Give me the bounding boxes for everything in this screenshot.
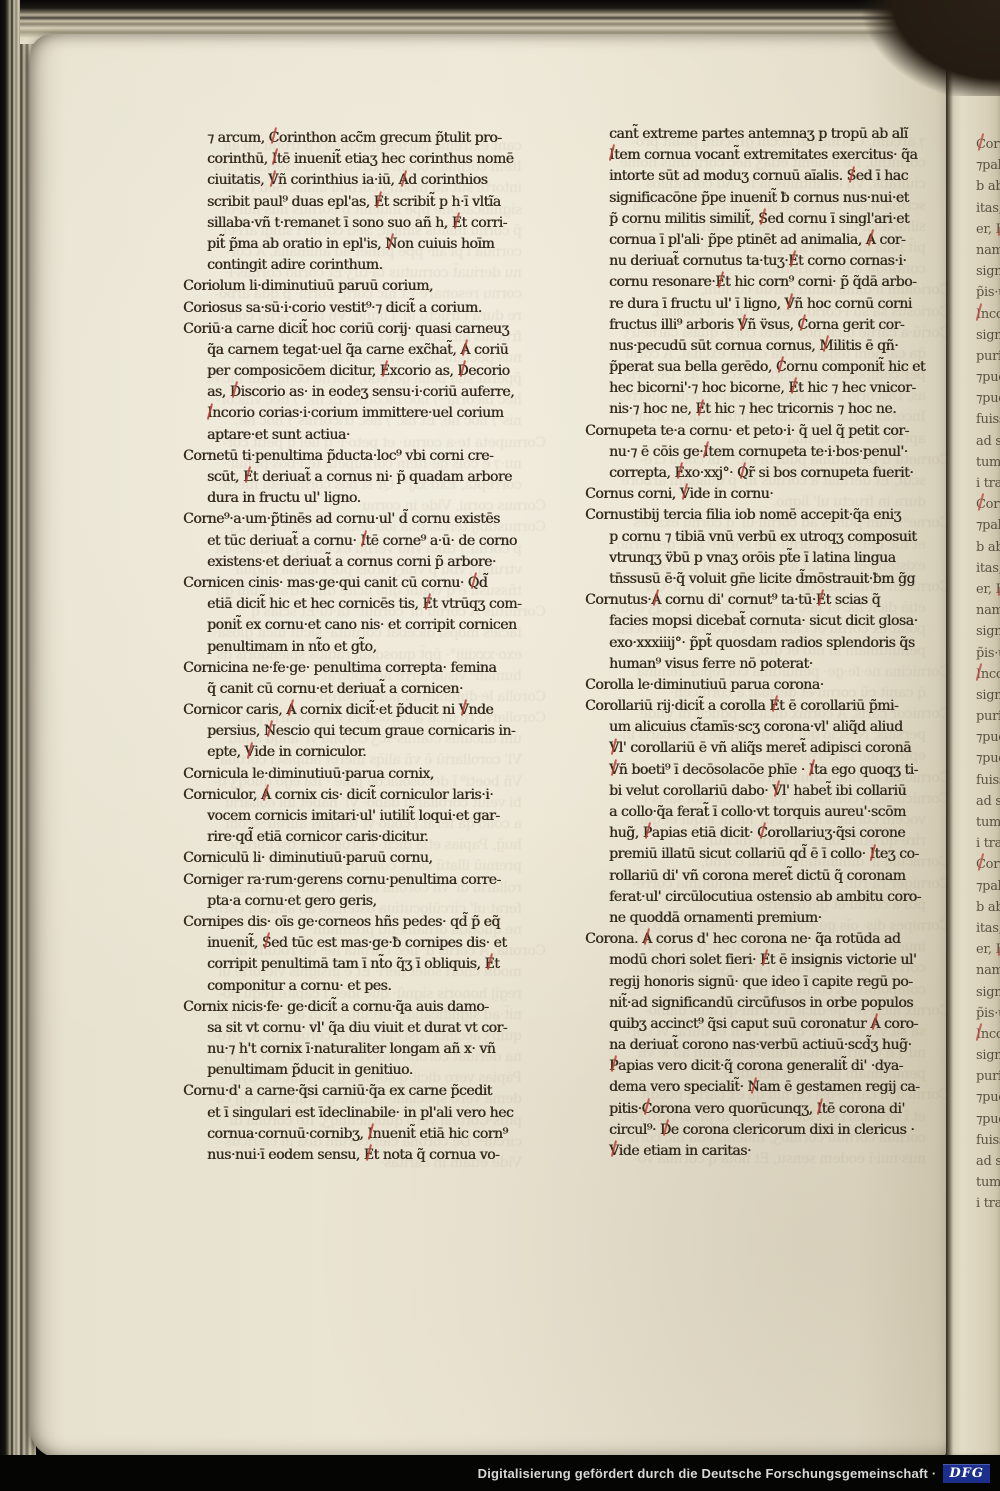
text-line: rire·qd̃ etiā cornicor caris·dicitur. xyxy=(183,827,549,848)
text-line: b ab corp⁹ xyxy=(952,537,1000,558)
text-line: tn̄ssusū ē·q̃ voluit gn̄e licite d̃mōstr… xyxy=(585,569,953,590)
text-line: corripit penultimā tam ī nt̃o q̃ʒ ī obli… xyxy=(183,954,549,975)
rubricated-capital: C xyxy=(976,494,986,517)
text-line: pit̃ p̃ma ab oratio in epl'is, Non cuiui… xyxy=(183,234,549,255)
text-line: fructus illi⁹ arboris Vñ v̈sus, Corna ge… xyxy=(585,315,953,336)
text-line: exo·xxxiiij°· p̃pt̃ quosdam radios splen… xyxy=(585,633,953,654)
text-line: Coriū·a carne dicit̃ hoc coriū corij· qu… xyxy=(183,319,549,340)
text-line: Cornicor caris, A cornix dicit̃·et p̃duc… xyxy=(183,700,549,721)
rubricated-capital: S xyxy=(847,166,856,187)
text-line: tum·et co xyxy=(952,1172,1000,1193)
rubricated-capital: A xyxy=(286,700,296,721)
rubricated-capital: P xyxy=(643,823,652,844)
text-line: cornua·cornuū·cornibʒ, Inuenit̃ etiā hic… xyxy=(183,1124,549,1145)
text-line: significacōne p̃pe inuenit̃ ƀ cornus nus… xyxy=(585,188,953,209)
text-line: nu·⁊ h't cornix ī·naturaliter longam añ … xyxy=(183,1039,549,1060)
rubricated-capital: S xyxy=(758,209,767,230)
text-line: na deriuat̃ corono nas·verbū actiuū·scd̃… xyxy=(585,1035,953,1056)
text-line: p̃is·ut ter xyxy=(952,1003,1000,1024)
text-line: dura in fructu ul' ligno. xyxy=(183,488,549,509)
text-line: puricicia· xyxy=(952,706,1000,727)
text-line: pta·a cornu·et gero geris, xyxy=(183,891,549,912)
text-line: regij honoris signū· que ideo ī capite r… xyxy=(585,972,953,993)
text-line: ponit̃ ex cornu·et cano nis· et corripit… xyxy=(183,615,549,636)
text-line: ⁊puens n xyxy=(952,367,1000,388)
text-line: Cornicula le·diminutiuū·parua cornix, xyxy=(183,764,549,785)
rubricated-capital: E xyxy=(816,590,826,611)
rubricated-capital: I xyxy=(869,844,874,865)
rubricated-capital: V xyxy=(680,484,690,505)
text-line: itas, Et co xyxy=(952,918,1000,939)
text-line: Cornipes dis· oīs ge·corneos hñs pedes· … xyxy=(183,912,549,933)
text-line: Incorpora xyxy=(952,664,1000,685)
rubricated-capital: I xyxy=(367,1124,372,1145)
text-line: componitur a cornu· et pes. xyxy=(183,976,549,997)
text-line: Cornix nicis·fe· ge·dicit̃ a cornu·q̃a a… xyxy=(183,997,549,1018)
text-line: Cornicina ne·fe·ge· penultima correpta· … xyxy=(183,658,549,679)
text-line: cornu resonare·Et hic corn⁹ corni· p̃ q̃… xyxy=(585,272,953,293)
text-line: per composicōem dicitur, Excorio as, Dec… xyxy=(183,361,549,382)
text-line: penultimam p̃ducit in genitiuo. xyxy=(183,1060,549,1081)
text-line: Corne⁹·a·um·p̃tinēs ad cornu·ul' d̃ corn… xyxy=(183,509,549,530)
text-line: ad sustent xyxy=(952,1151,1000,1172)
digitization-credit: Digitalisierung gefördert durch die Deut… xyxy=(478,1464,990,1483)
text-line: circul⁹· De corona clericorum dixi in cl… xyxy=(585,1120,953,1141)
text-line: nus·pecudū sūt cornua cornus, Militis ē … xyxy=(585,336,953,357)
rubricated-capital: E xyxy=(674,463,684,484)
rubricated-capital: E xyxy=(422,594,432,615)
text-line: nam, Corp xyxy=(952,600,1000,621)
text-line: aptare·et sunt actiua· xyxy=(183,425,549,446)
text-line: q̃ canit cū cornu·et deriuat̃ a cornicen… xyxy=(183,679,549,700)
text-line: nu deriuat̃ cornutus ta·tuʒ·Et corno cor… xyxy=(585,251,953,272)
text-line: et ī singulari est īdeclinabile· in pl'a… xyxy=(183,1103,549,1124)
text-line: Cornustibij tercia filia iob nomē accepi… xyxy=(585,505,953,526)
text-line: nit̃·ad significandū circūfusos in orbe … xyxy=(585,993,953,1014)
text-line: um alicuius ct̃amīs·scʒ corona·vl' aliq̃… xyxy=(585,717,953,738)
text-line: quibʒ accinct⁹ q̃si caput suū coronatur … xyxy=(585,1014,953,1035)
text-line: penultimam in nt̃o et gt̃o, xyxy=(183,637,549,658)
text-line: er, Et hec xyxy=(952,219,1000,240)
rubricated-capital: E xyxy=(380,361,390,382)
text-line: modū chori solet fieri· Et ē insignis vi… xyxy=(585,950,953,971)
text-line: cornua ī pl'ali· p̃pe ptinēt ad animalia… xyxy=(585,230,953,251)
text-line: Papias vero dicit·q̃ corona generalit̃ d… xyxy=(585,1056,953,1077)
text-line: fuisse· nl' xyxy=(952,770,1000,791)
rubricated-capital: A xyxy=(870,1014,880,1035)
digitized-manuscript-scan: cant̃ extreme partes antemnaʒ p tropū ab… xyxy=(0,0,1000,1491)
rubricated-capital: E xyxy=(996,219,1000,242)
rubricated-capital: A xyxy=(642,929,652,950)
rubricated-capital: E xyxy=(484,954,494,975)
text-line: significat ī xyxy=(952,1045,1000,1066)
text-line: corinthū, Itē inuenit̃ etiaʒ hec corinth… xyxy=(183,149,549,170)
text-line: significat·e xyxy=(952,621,1000,642)
text-line: nus·nui·ī eodem sensu, Et nota q̃ cornua… xyxy=(183,1145,549,1166)
rubricated-capital: V xyxy=(244,742,254,763)
rubricated-capital: E xyxy=(695,399,705,420)
rubricated-capital: E xyxy=(760,950,770,971)
text-line: vtrunqʒ v̈bū p vnaʒ orōis pt̃e ī latina … xyxy=(585,548,953,569)
facing-page-partial-text: Cornula le⁊palis, Ab ab corp⁹itas, Et co… xyxy=(952,134,1000,1215)
rubricated-capital: I xyxy=(809,760,814,781)
rubricated-capital: C xyxy=(757,823,767,844)
text-line: intorte sūt ad moduʒ cornuū aīalis. Sed … xyxy=(585,166,953,187)
rubricated-capital: N xyxy=(747,1077,759,1098)
text-line: re dura ī fructu ul' ī ligno, Vñ hoc cor… xyxy=(585,294,953,315)
text-line: contingit adire corinthum. xyxy=(183,255,549,276)
rubricated-capital: A xyxy=(651,590,661,611)
text-line: etiā dicit̃ hic et hec cornicēs tis, Et … xyxy=(183,594,549,615)
rubricated-capital: S xyxy=(262,933,271,954)
rubricated-capital: E xyxy=(769,696,779,717)
rubricated-capital: D xyxy=(457,361,468,382)
text-line: human⁹ visus ferre nō poterat· xyxy=(585,654,953,675)
text-line: q̃a carnem tegat·uel q̃a carne exc̃hat̃,… xyxy=(183,340,549,361)
text-line: Cornutus·A cornu di' cornut⁹ ta·tū·Et sc… xyxy=(585,590,953,611)
text-line: er, Et hec xyxy=(952,939,1000,960)
rubricated-capital: N xyxy=(385,234,397,255)
text-line: dema vero specialit̃· Nam ē gestamen reg… xyxy=(585,1077,953,1098)
rubricated-capital: M xyxy=(819,336,833,357)
text-line: Corona. A corus d' hec corona ne· q̃a ro… xyxy=(585,929,953,950)
rubricated-capital: V xyxy=(738,315,748,336)
text-line: Corollariū rij·dicit̃ a corolla Et ē cor… xyxy=(585,696,953,717)
text-line: b ab corp⁹ xyxy=(952,897,1000,918)
text-line: Corolla le·diminutiuū parua corona· xyxy=(585,675,953,696)
text-line: significat·e xyxy=(952,261,1000,282)
rubricated-capital: I xyxy=(976,304,981,327)
rubricated-capital: E xyxy=(996,579,1000,602)
rubricated-capital: E xyxy=(452,213,462,234)
text-line: significat·e xyxy=(952,982,1000,1003)
rubricated-capital: Q xyxy=(737,463,748,484)
text-line: ⁊puens n xyxy=(952,727,1000,748)
text-line: correpta, Exo·xxj°· Qr̃ si bos cornupeta… xyxy=(585,463,953,484)
text-line: nam, Corp xyxy=(952,960,1000,981)
text-line: Incorio corias·i·corium immittere·uel co… xyxy=(183,403,549,424)
text-line: Cornula le xyxy=(952,134,1000,155)
rubricated-capital: C xyxy=(976,854,986,877)
rubricated-capital: V xyxy=(268,170,278,191)
rubricated-capital: V xyxy=(772,781,782,802)
text-line: sa sit vt cornu· vl' q̃a diu viuit et du… xyxy=(183,1018,549,1039)
text-line: nu·⁊ ē cōis ge·Item cornupeta te·i·bos·p… xyxy=(585,442,953,463)
text-line: et tūc deriuat̃ a cornu· Itē corne⁹ a·ū·… xyxy=(183,531,549,552)
text-line: cant̃ extreme partes antemnaʒ p tropū ab… xyxy=(585,124,953,145)
text-line: existens·et deriuat̃ a cornus corni p̃ a… xyxy=(183,552,549,573)
rubricated-capital: V xyxy=(609,1141,619,1162)
text-line: persius, Nescio qui tecum graue cornicar… xyxy=(183,721,549,742)
manuscript-page: cant̃ extreme partes antemnaʒ p tropū ab… xyxy=(30,34,946,1458)
text-line: Cornu·d' a carne·q̃si carniū·q̃a ex carn… xyxy=(183,1081,549,1102)
text-line: nis·⁊ hoc ne, Et hic ⁊ hec tricornis ⁊ h… xyxy=(585,399,953,420)
text-line: tum·et co xyxy=(952,812,1000,833)
text-line: Cornula le xyxy=(952,854,1000,875)
text-line: bi velut corollariū dabo· Vl' habet̃ ibi… xyxy=(585,781,953,802)
text-line: Corniculor, A cornix cis· dicit̃ cornicu… xyxy=(183,785,549,806)
rubricated-capital: C xyxy=(776,357,786,378)
text-line: ⁊puo. A xyxy=(952,748,1000,769)
rubricated-capital: V xyxy=(784,294,794,315)
text-line: Vl' corollariū ē vñ aliq̃s meret̃ adipis… xyxy=(585,738,953,759)
text-line: i tradit̃ xyxy=(952,473,1000,494)
rubricated-capital: I xyxy=(703,442,708,463)
rubricated-capital: E xyxy=(788,251,798,272)
text-line: fuisse· nl' xyxy=(952,1130,1000,1151)
text-line: premiū illatū sicut collariū qd̃ ē ī col… xyxy=(585,844,953,865)
facing-page-sliver: Cornula le⁊palis, Ab ab corp⁹itas, Et co… xyxy=(946,26,1000,1458)
text-line: Incorpora xyxy=(952,304,1000,325)
text-line: pitis·Corona vero quorūcunqʒ, Itē corona… xyxy=(585,1099,953,1120)
text-line: scribit paul⁹ duas epl'as, Et scribit̃ p… xyxy=(183,192,549,213)
rubricated-capital: A xyxy=(866,230,876,251)
text-line: facies mopsi dicebat̃ cornuta· sicut dic… xyxy=(585,611,953,632)
rubricated-capital: I xyxy=(976,1024,981,1047)
text-line: hug̃, Papias etiā dicit· Corollariuʒ·q̃s… xyxy=(585,823,953,844)
text-line: Coriolum li·diminutiuū paruū corium, xyxy=(183,276,549,297)
rubricated-capital: A xyxy=(460,340,470,361)
text-line: ⁊ arcum, Corinthon acc̃m grecum p̃tulit … xyxy=(183,128,549,149)
text-line: b ab corp⁹ xyxy=(952,176,1000,197)
text-line: Cornus corni, Vide in cornu· xyxy=(585,484,953,505)
text-line: Cornupeta te·a cornu· et peto·i· q̃ uel … xyxy=(585,421,953,442)
rubricated-capital: A xyxy=(261,785,271,806)
text-line: inuenit̃, Sed tūc est mas·ge·ƀ cornipes … xyxy=(183,933,549,954)
text-line: as, Discorio as· in eodeʒ sensu·i·coriū … xyxy=(183,382,549,403)
rubricated-capital: E xyxy=(715,272,725,293)
text-line: i tradit̃ xyxy=(952,1193,1000,1214)
text-line: Incorpora xyxy=(952,1024,1000,1045)
rubricated-capital: P xyxy=(609,1056,618,1077)
text-column-left: ⁊ arcum, Corinthon acc̃m grecum p̃tulit … xyxy=(183,128,549,1166)
text-line: Cornula le xyxy=(952,494,1000,515)
text-line: significat ī xyxy=(952,325,1000,346)
rubricated-capital: C xyxy=(797,315,807,336)
text-line: Coriosus sa·sū·i·corio vestit⁹·⁊ dicit̃ … xyxy=(183,298,549,319)
rubricated-capital: V xyxy=(459,700,469,721)
text-line: ne quoddā ornamenti premium· xyxy=(585,908,953,929)
text-line: significat ī xyxy=(952,685,1000,706)
rubricated-capital: Q xyxy=(468,573,479,594)
text-line: epte, Vide in corniculor. xyxy=(183,742,549,763)
text-line: a collo·q̃a ferat̃ ī collo·vt torquis au… xyxy=(585,802,953,823)
credit-text: Digitalisierung gefördert durch die Deut… xyxy=(478,1466,937,1481)
text-line: nam, Corp xyxy=(952,240,1000,261)
text-line: Vide etiam in caritas· xyxy=(585,1141,953,1162)
rubricated-capital: I xyxy=(817,1099,822,1120)
text-line: Vñ boeti⁹ ī decōsolacōe phīe · Ita ego q… xyxy=(585,760,953,781)
rubricated-capital: I xyxy=(609,145,614,166)
text-line: Cornetū ti·penultima p̃ducta·loc⁹ vbi co… xyxy=(183,446,549,467)
rubricated-capital: V xyxy=(609,760,619,781)
rubricated-capital: N xyxy=(264,721,276,742)
text-line: tum·et co xyxy=(952,452,1000,473)
text-line: p̃ cornu militis similit̃, Sed cornu ī s… xyxy=(585,209,953,230)
text-line: rollariū di' vñ corona meret̃ dictū q̃ c… xyxy=(585,866,953,887)
text-line: p̃perat sua bella gerēdo, Cornu componit… xyxy=(585,357,953,378)
text-line: puricicia· xyxy=(952,1066,1000,1087)
text-line: p̃is·ut ter xyxy=(952,282,1000,303)
text-line: itas, Et co xyxy=(952,558,1000,579)
text-line: ⁊puens n xyxy=(952,1087,1000,1108)
text-line: ⁊puo. A xyxy=(952,1109,1000,1130)
rubricated-capital: I xyxy=(976,664,981,687)
text-line: Cornicen cinis· mas·ge·qui canit cū corn… xyxy=(183,573,549,594)
text-line: sillaba·vñ t·remanet ī sono suo añ h, Et… xyxy=(183,213,549,234)
rubricated-capital: E xyxy=(374,192,384,213)
text-line: ⁊palis, A xyxy=(952,155,1000,176)
text-line: ferat·ul' circūlocutiua ostensio ab ambi… xyxy=(585,887,953,908)
text-line: itas, Et co xyxy=(952,198,1000,219)
text-line: Corniculū li· diminutiuū·paruū cornu, xyxy=(183,848,549,869)
dfg-logo: DFG xyxy=(943,1464,990,1483)
text-line: puricicia· xyxy=(952,346,1000,367)
footer-bar: Digitalisierung gefördert durch die Deut… xyxy=(0,1455,1000,1491)
rubricated-capital: A xyxy=(398,170,408,191)
text-line: Item cornua vocant̃ extremitates exercit… xyxy=(585,145,953,166)
rubricated-capital: C xyxy=(976,134,986,157)
rubricated-capital: I xyxy=(360,531,365,552)
text-column-right: cant̃ extreme partes antemnaʒ p tropū ab… xyxy=(585,124,953,1162)
text-line: ⁊puo. A xyxy=(952,388,1000,409)
rubricated-capital: I xyxy=(272,149,277,170)
text-line: p̃is·ut ter xyxy=(952,643,1000,664)
rubricated-capital: C xyxy=(269,128,279,149)
rubricated-capital: C xyxy=(642,1099,652,1120)
text-line: vocem cornicis imitari·ul' iutilit̃ loqu… xyxy=(183,806,549,827)
text-line: i tradit̃ xyxy=(952,833,1000,854)
text-line: ad sustent xyxy=(952,791,1000,812)
text-line: ⁊palis, A xyxy=(952,876,1000,897)
rubricated-capital: D xyxy=(660,1120,671,1141)
rubricated-capital: E xyxy=(996,939,1000,962)
text-line: hec bicorni'·⁊ hoc bicorne, Et hic ⁊ hec… xyxy=(585,378,953,399)
text-line: er, Et hec xyxy=(952,579,1000,600)
text-line: scūt, Et deriuat̃ a cornus ni· p̃ quadam… xyxy=(183,467,549,488)
rubricated-capital: I xyxy=(207,403,212,424)
text-line: Corniger ra·rum·gerens cornu·penultima c… xyxy=(183,870,549,891)
text-line: p cornu ⁊ tibiā vnū verbū ex utroqʒ comp… xyxy=(585,527,953,548)
rubricated-capital: V xyxy=(609,738,619,759)
text-line: fuisse· nl' xyxy=(952,409,1000,430)
text-line: ⁊palis, A xyxy=(952,515,1000,536)
rubricated-capital: E xyxy=(788,378,798,399)
rubricated-capital: E xyxy=(243,467,253,488)
binding-shadow xyxy=(850,0,1000,96)
text-line: ciuitatis, Vñ corinthius ia·iū, Ad corin… xyxy=(183,170,549,191)
rubricated-capital: E xyxy=(364,1145,374,1166)
rubricated-capital: D xyxy=(230,382,241,403)
text-line: ad sustent xyxy=(952,431,1000,452)
